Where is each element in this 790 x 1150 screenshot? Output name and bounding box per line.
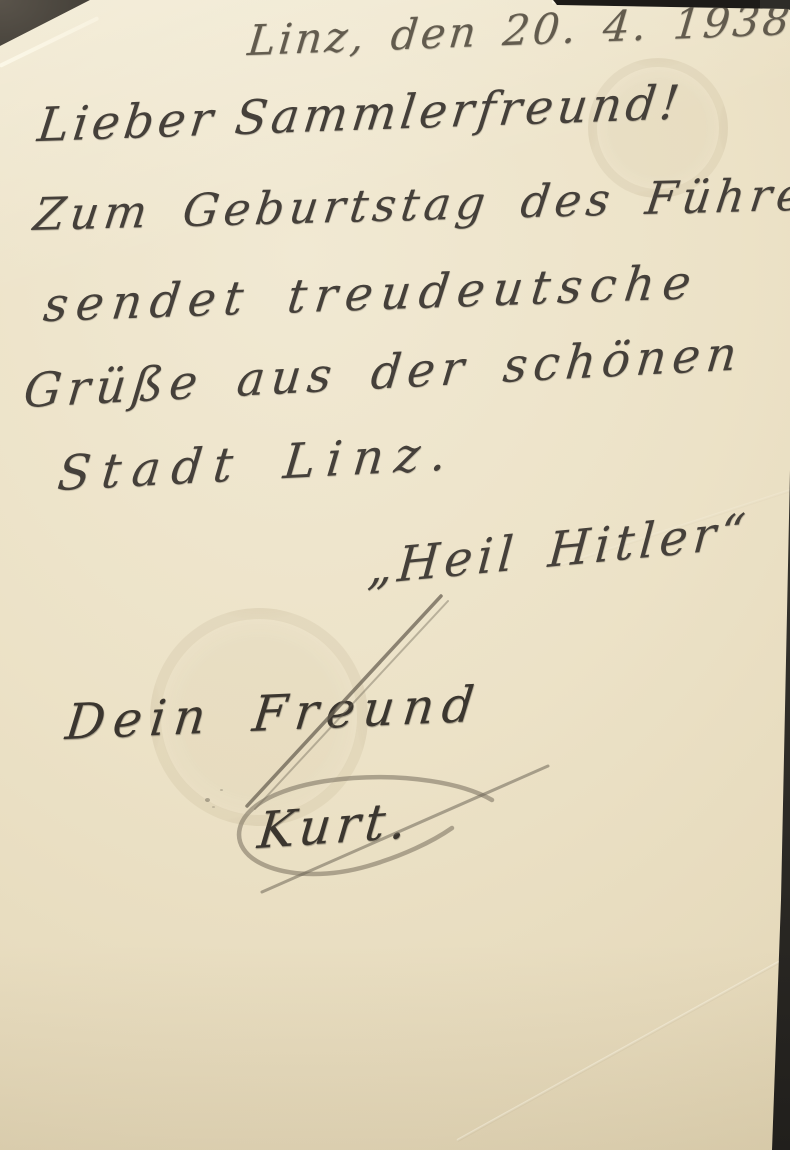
ink-smudge	[205, 798, 210, 802]
signoff-line: Dein Freund	[63, 676, 485, 751]
paper-edge-highlight	[0, 16, 99, 68]
paper-crease	[456, 931, 790, 1142]
body-line-4: Stadt Linz.	[55, 425, 460, 502]
closing-quote-line: „Heil Hitler“	[366, 503, 753, 596]
photo-background: Linz, den 20. 4. 1938 Lieber Sammlerfreu…	[0, 0, 790, 1150]
dateline: Linz, den 20. 4. 1938	[245, 0, 790, 65]
body-line-1: Zum Geburtstag des Führers	[30, 166, 790, 241]
letter-paper: Linz, den 20. 4. 1938 Lieber Sammlerfreu…	[0, 0, 790, 1150]
body-line-3: Grüße aus der schönen	[21, 326, 745, 419]
signature-name: Kurt.	[255, 791, 414, 860]
body-line-2: sendet treudeutsche	[41, 255, 702, 333]
